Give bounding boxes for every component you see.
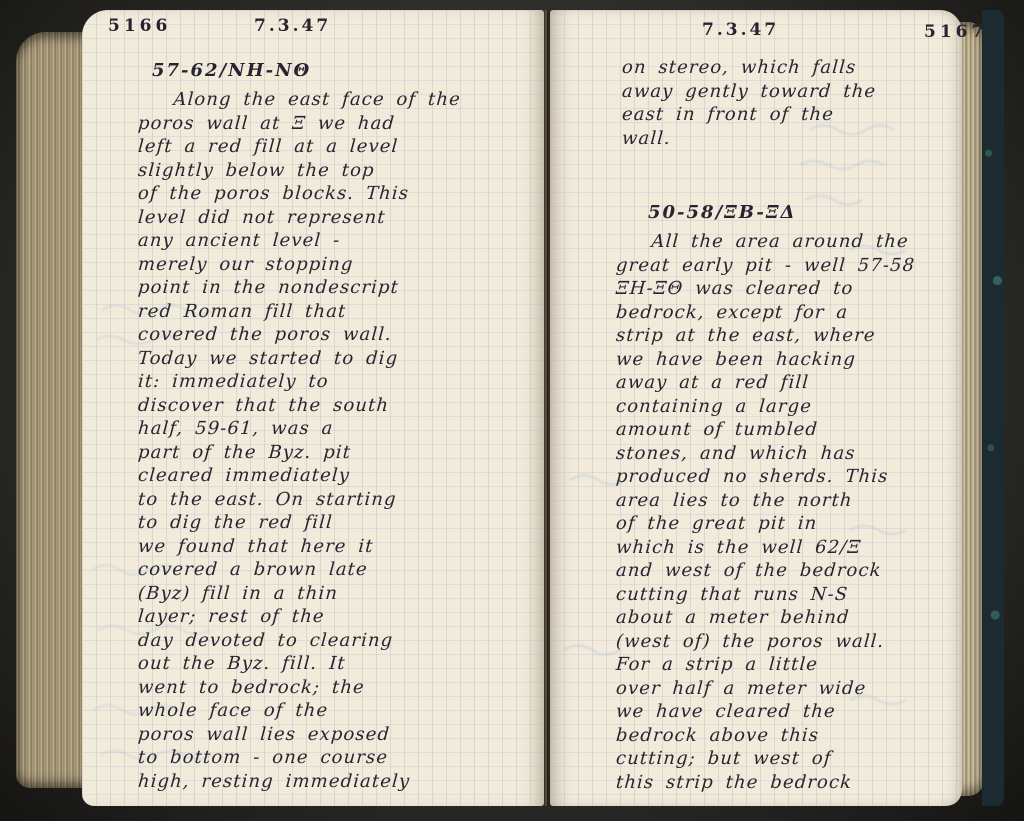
handwritten-line: red Roman fill that <box>137 300 535 324</box>
spine-gutter <box>544 10 550 806</box>
handwritten-line: slightly below the top <box>137 159 535 183</box>
left-page-date: 7.3.47 <box>254 16 331 36</box>
left-page-edge-stack <box>16 32 90 788</box>
handwritten-line: we have cleared the <box>615 700 967 724</box>
handwritten-line: over half a meter wide <box>615 677 967 701</box>
handwritten-line: bedrock above this <box>615 724 967 748</box>
handwritten-line: any ancient level - <box>137 229 535 253</box>
handwritten-line: of the poros blocks. This <box>137 182 535 206</box>
handwritten-line: (west of) the poros wall. <box>615 630 967 654</box>
handwritten-line: cleared immediately <box>137 464 535 488</box>
handwritten-line: containing a large <box>615 395 967 419</box>
handwritten-line: stones, and which has <box>615 442 967 466</box>
handwritten-line: great early pit - well 57-58 <box>615 254 967 278</box>
handwritten-line: produced no sherds. This <box>615 465 967 489</box>
left-section-heading: 57-62/NH-NΘ <box>152 60 311 81</box>
handwritten-line: half, 59-61, was a <box>137 417 535 441</box>
handwritten-line: to the east. On starting <box>137 488 535 512</box>
handwritten-line: discover that the south <box>137 394 535 418</box>
handwritten-line: on stereo, which falls <box>621 56 963 80</box>
handwritten-line: ΞH-ΞΘ was cleared to <box>615 277 967 301</box>
right-continuation-text: on stereo, which fallsaway gently toward… <box>622 56 962 150</box>
handwritten-line: part of the Byz. pit <box>137 441 535 465</box>
handwritten-line: we found that here it <box>137 535 535 559</box>
handwritten-line: and west of the bedrock <box>615 559 967 583</box>
left-page-number: 5166 <box>108 16 171 36</box>
handwritten-line: bedrock, except for a <box>615 301 967 325</box>
handwritten-line: of the great pit in <box>615 512 967 536</box>
handwritten-line: level did not represent <box>137 206 535 230</box>
right-section-heading: 50-58/ΞB-ΞΔ <box>648 202 796 223</box>
handwritten-line: cutting; but west of <box>615 747 967 771</box>
handwritten-line: All the area around the <box>615 230 967 254</box>
handwritten-line: to bottom - one course <box>137 746 535 770</box>
right-page-number: 5167 <box>924 22 987 42</box>
handwritten-line: area lies to the north <box>615 489 967 513</box>
handwritten-line: high, resting immediately <box>137 770 535 794</box>
handwritten-line: layer; rest of the <box>137 605 535 629</box>
right-handwritten-text: All the area around thegreat early pit -… <box>616 230 966 794</box>
handwritten-line: wall. <box>621 127 963 151</box>
handwritten-line: cutting that runs N-S <box>615 583 967 607</box>
handwritten-line: which is the well 62/Ξ <box>615 536 967 560</box>
handwritten-line: about a meter behind <box>615 606 967 630</box>
handwritten-line: away at a red fill <box>615 371 967 395</box>
handwritten-line: merely our stopping <box>137 253 535 277</box>
handwritten-line: east in front of the <box>621 103 963 127</box>
handwritten-line: (Byz) fill in a thin <box>137 582 535 606</box>
handwritten-line: poros wall at Ξ we had <box>137 112 535 136</box>
handwritten-line: went to bedrock; the <box>137 676 535 700</box>
handwritten-line: we have been hacking <box>615 348 967 372</box>
handwritten-line: this strip the bedrock <box>615 771 967 795</box>
handwritten-line: point in the nondescript <box>137 276 535 300</box>
handwritten-line: Along the east face of the <box>137 88 535 112</box>
handwritten-line: Today we started to dig <box>137 347 535 371</box>
notebook-photograph: 5166 7.3.47 57-62/NH-NΘ Along the east f… <box>0 0 1024 821</box>
marbled-cover-edge <box>982 10 1004 806</box>
handwritten-line: out the Byz. fill. It <box>137 652 535 676</box>
right-page-date: 7.3.47 <box>702 20 779 40</box>
handwritten-line: strip at the east, where <box>615 324 967 348</box>
handwritten-line: away gently toward the <box>621 80 963 104</box>
handwritten-line: For a strip a little <box>615 653 967 677</box>
left-handwritten-text: Along the east face of theporos wall at … <box>138 88 534 793</box>
handwritten-line: covered a brown late <box>137 558 535 582</box>
handwritten-line: it: immediately to <box>137 370 535 394</box>
handwritten-line: to dig the red fill <box>137 511 535 535</box>
handwritten-line: poros wall lies exposed <box>137 723 535 747</box>
handwritten-line: day devoted to clearing <box>137 629 535 653</box>
handwritten-line: left a red fill at a level <box>137 135 535 159</box>
handwritten-line: amount of tumbled <box>615 418 967 442</box>
handwritten-line: covered the poros wall. <box>137 323 535 347</box>
handwritten-line: whole face of the <box>137 699 535 723</box>
